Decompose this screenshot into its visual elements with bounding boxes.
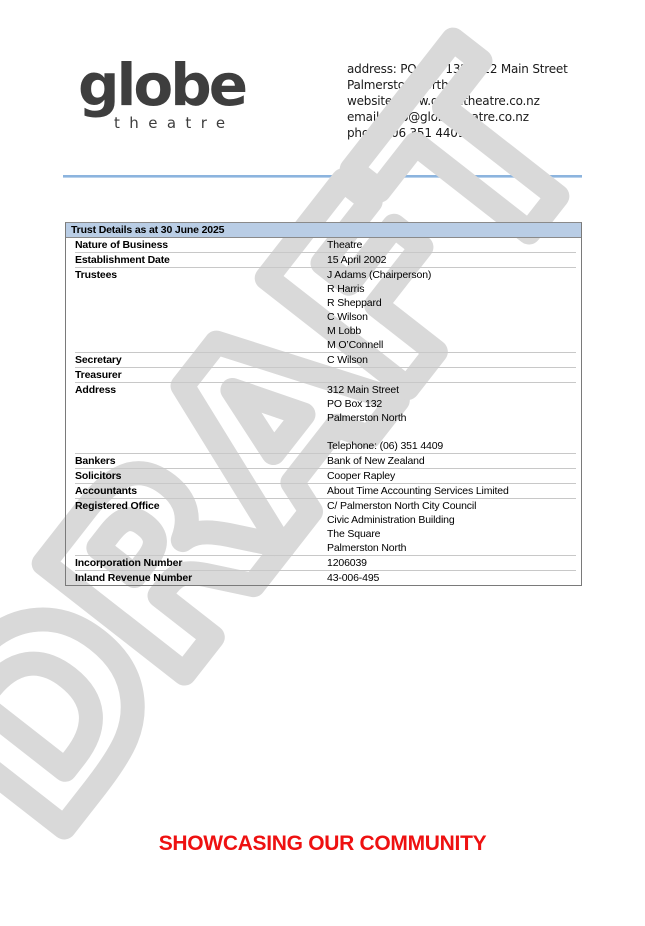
contact-phone: phone: 06 351 4409 [347, 125, 568, 141]
contact-address: address: PO Box 132, 312 Main Street [347, 61, 568, 77]
row-value: J Adams (Chairperson)R HarrisR SheppardC… [327, 268, 576, 352]
row-value-line: C Wilson [327, 353, 576, 367]
row-value: Cooper Rapley [327, 469, 576, 483]
table-row: Inland Revenue Number43-006-495 [75, 571, 576, 585]
row-label: Inland Revenue Number [75, 571, 327, 585]
row-value-line: Civic Administration Building [327, 513, 576, 527]
row-label: Nature of Business [75, 238, 327, 252]
row-value-line: Theatre [327, 238, 576, 252]
table-row: Nature of BusinessTheatre [75, 238, 576, 253]
table-row: Address312 Main StreetPO Box 132Palmerst… [75, 383, 576, 454]
row-label: Registered Office [75, 499, 327, 555]
row-value-line: Cooper Rapley [327, 469, 576, 483]
row-value-line: PO Box 132 [327, 397, 576, 411]
row-value-line: C Wilson [327, 310, 576, 324]
header-divider [63, 175, 582, 178]
contact-block: address: PO Box 132, 312 Main Street Pal… [347, 61, 568, 141]
row-value-line: R Harris [327, 282, 576, 296]
row-label: Incorporation Number [75, 556, 327, 570]
row-value: Theatre [327, 238, 576, 252]
row-value-line: J Adams (Chairperson) [327, 268, 576, 282]
logo-wordmark: globe [78, 56, 245, 114]
row-value-line [327, 368, 576, 382]
row-value-line: About Time Accounting Services Limited [327, 484, 576, 498]
table-row: SolicitorsCooper Rapley [75, 469, 576, 484]
contact-city: Palmerston North [347, 77, 568, 93]
row-value-line: C/ Palmerston North City Council [327, 499, 576, 513]
row-label: Treasurer [75, 368, 327, 382]
contact-email: email: info@globetheatre.co.nz [347, 109, 568, 125]
row-value: C/ Palmerston North City CouncilCivic Ad… [327, 499, 576, 555]
row-label: Solicitors [75, 469, 327, 483]
table-row: Registered OfficeC/ Palmerston North Cit… [75, 499, 576, 556]
table-row: TrusteesJ Adams (Chairperson)R HarrisR S… [75, 268, 576, 353]
row-label: Trustees [75, 268, 327, 352]
row-value [327, 368, 576, 382]
tagline: SHOWCASING OUR COMMUNITY [0, 832, 645, 856]
table-row: Treasurer [75, 368, 576, 383]
table-row: BankersBank of New Zealand [75, 454, 576, 469]
row-label: Secretary [75, 353, 327, 367]
row-value: 43-006-495 [327, 571, 576, 585]
row-value-line: Palmerston North [327, 541, 576, 555]
row-value-line: Palmerston North [327, 411, 576, 425]
row-value: 15 April 2002 [327, 253, 576, 267]
logo-subtitle: theatre [114, 116, 235, 131]
row-value: About Time Accounting Services Limited [327, 484, 576, 498]
row-value-line [327, 425, 576, 439]
table-title: Trust Details as at 30 June 2025 [66, 223, 581, 238]
row-label: Bankers [75, 454, 327, 468]
globe-theatre-logo: globe theatre [78, 68, 248, 138]
contact-website: website: www.globetheatre.co.nz [347, 93, 568, 109]
row-value-line: The Square [327, 527, 576, 541]
row-label: Address [75, 383, 327, 453]
row-value-line: 15 April 2002 [327, 253, 576, 267]
row-value-line: Bank of New Zealand [327, 454, 576, 468]
table-body: Nature of BusinessTheatreEstablishment D… [66, 238, 581, 585]
table-row: AccountantsAbout Time Accounting Service… [75, 484, 576, 499]
table-row: SecretaryC Wilson [75, 353, 576, 368]
row-value-line: M Lobb [327, 324, 576, 338]
table-row: Establishment Date15 April 2002 [75, 253, 576, 268]
row-value-line: 1206039 [327, 556, 576, 570]
row-value-line: M O’Connell [327, 338, 576, 352]
row-value: 312 Main StreetPO Box 132Palmerston Nort… [327, 383, 576, 453]
row-value-line: 43-006-495 [327, 571, 576, 585]
row-value-line: R Sheppard [327, 296, 576, 310]
table-row: Incorporation Number1206039 [75, 556, 576, 571]
row-label: Establishment Date [75, 253, 327, 267]
trust-details-table: Trust Details as at 30 June 2025 Nature … [65, 222, 582, 586]
row-label: Accountants [75, 484, 327, 498]
row-value: Bank of New Zealand [327, 454, 576, 468]
row-value-line: Telephone: (06) 351 4409 [327, 439, 576, 453]
row-value: 1206039 [327, 556, 576, 570]
row-value: C Wilson [327, 353, 576, 367]
row-value-line: 312 Main Street [327, 383, 576, 397]
